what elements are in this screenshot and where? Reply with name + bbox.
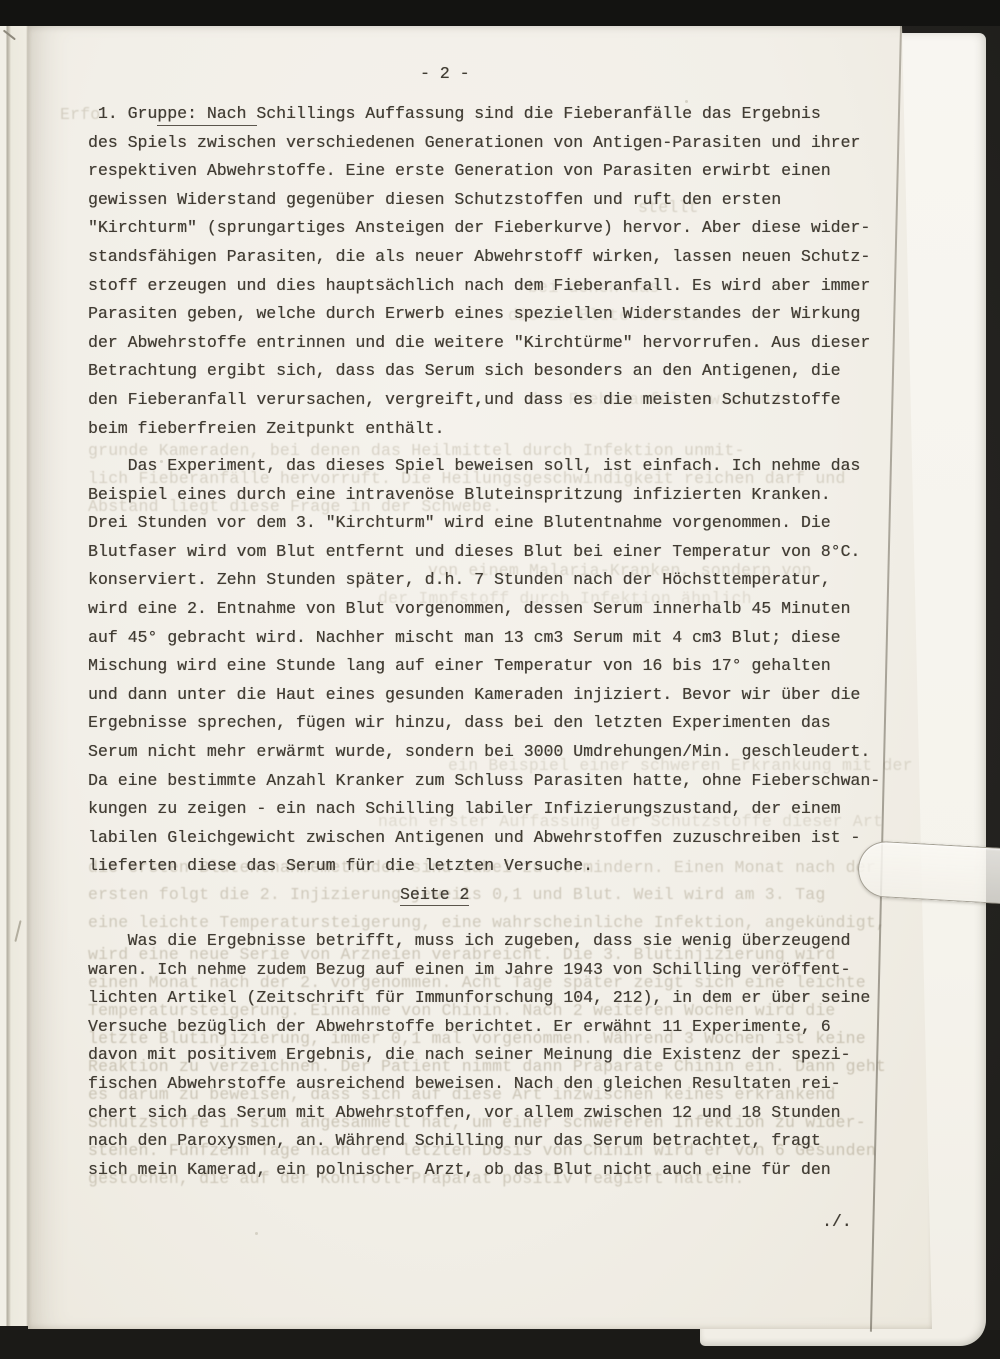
text-line: Was die Ergebnisse betrifft, muss ich zu…: [88, 931, 898, 960]
text-line: beim fieberfreien Zeitpunkt enthält.: [88, 419, 898, 448]
text-line: nach den Paroxysmen, an. Während Schilli…: [88, 1131, 898, 1160]
text-line: und dann unter die Haut eines gesunden K…: [88, 685, 898, 714]
text-line: labilen Gleichgewicht zwischen Antigenen…: [88, 828, 898, 857]
group-heading-underline: [157, 125, 257, 126]
text-line: den Fieberanfall verursachen, vergreift,…: [88, 390, 898, 419]
text-line: lichten Artikel (Zeitschrift für Immunfo…: [88, 988, 898, 1017]
section-heading: Seite 2: [400, 885, 469, 906]
text-line: sich mein Kamerad, ein polnischer Arzt, …: [88, 1160, 898, 1189]
text-line: Mischung wird eine Stunde lang auf einer…: [88, 656, 898, 685]
page-number: - 2 -: [420, 64, 470, 83]
bleedthrough-text-line: eine leichte Temperatursteigerung, eine …: [88, 913, 886, 932]
text-line: standsfähigen Parasiten, die als neuer A…: [88, 247, 898, 276]
continuation-mark: ./.: [822, 1212, 852, 1231]
text-line: konserviert. Zehn Stunden später, d.h. 7…: [88, 570, 898, 599]
text-line: 1. Gruppe: Nach Schillings Auffassung si…: [88, 104, 898, 133]
text-line: davon mit positivem Ergebnis, die nach s…: [88, 1045, 898, 1074]
text-line: chert sich das Serum mit Abwehrstoffen, …: [88, 1103, 898, 1132]
text-line: Parasiten geben, welche durch Erwerb ein…: [88, 304, 898, 333]
text-line: Versuche bezüglich der Abwehrstoffe beri…: [88, 1017, 898, 1046]
text-line: Ergebnisse sprechen, fügen wir hinzu, da…: [88, 713, 898, 742]
scan-top-border: [0, 0, 1000, 26]
text-line: Betrachtung ergibt sich, dass das Serum …: [88, 361, 898, 390]
text-line: "Kirchturm" (sprungartiges Ansteigen der…: [88, 218, 898, 247]
text-line: lieferten diese das Serum für die letzte…: [88, 856, 898, 885]
text-line: Serum nicht mehr erwärmt wurde, sondern …: [88, 742, 898, 771]
paragraph-2: Das Experiment, das dieses Spiel beweise…: [88, 456, 898, 885]
text-line: fischen Abwehrstoffe ausreichend beweise…: [88, 1074, 898, 1103]
text-line: Drei Stunden vor dem 3. "Kirchturm" wird…: [88, 513, 898, 542]
text-line: stoff erzeugen und dies hauptsächlich na…: [88, 276, 898, 305]
scanned-document-scene: Erfostelltbei denen dasdie im Blute blei…: [0, 0, 1000, 1359]
dust-speck: [160, 460, 163, 463]
page-stack-edge: [0, 24, 30, 1326]
scanned-page: Erfostelltbei denen dasdie im Blute blei…: [28, 26, 932, 1329]
text-line: Blutfaser wird vom Blut entfernt und die…: [88, 542, 898, 571]
paper-tab-clip: [857, 840, 1000, 904]
text-line: respektiven Abwehrstoffe. Eine erste Gen…: [88, 161, 898, 190]
text-line: Da eine bestimmte Anzahl Kranker zum Sch…: [88, 771, 898, 800]
paragraph-3: Was die Ergebnisse betrifft, muss ich zu…: [88, 931, 898, 1188]
text-line: wird eine 2. Entnahme von Blut vorgenomm…: [88, 599, 898, 628]
text-line: der Abwehrstoffe entrinnen und die weite…: [88, 333, 898, 362]
text-line: kungen zu zeigen - ein nach Schilling la…: [88, 799, 898, 828]
text-line: Beispiel eines durch eine intravenöse Bl…: [88, 485, 898, 514]
paragraph-1: 1. Gruppe: Nach Schillings Auffassung si…: [88, 104, 898, 447]
text-line: Das Experiment, das dieses Spiel beweise…: [88, 456, 898, 485]
text-line: auf 45° gebracht wird. Nachher mischt ma…: [88, 628, 898, 657]
dust-speck: [685, 100, 688, 103]
text-line: gewissen Widerstand gegenüber diesen Sch…: [88, 190, 898, 219]
dust-speck: [255, 1232, 258, 1235]
text-line: waren. Ich nehme zudem Bezug auf einen i…: [88, 960, 898, 989]
text-line: des Spiels zwischen verschiedenen Genera…: [88, 133, 898, 162]
